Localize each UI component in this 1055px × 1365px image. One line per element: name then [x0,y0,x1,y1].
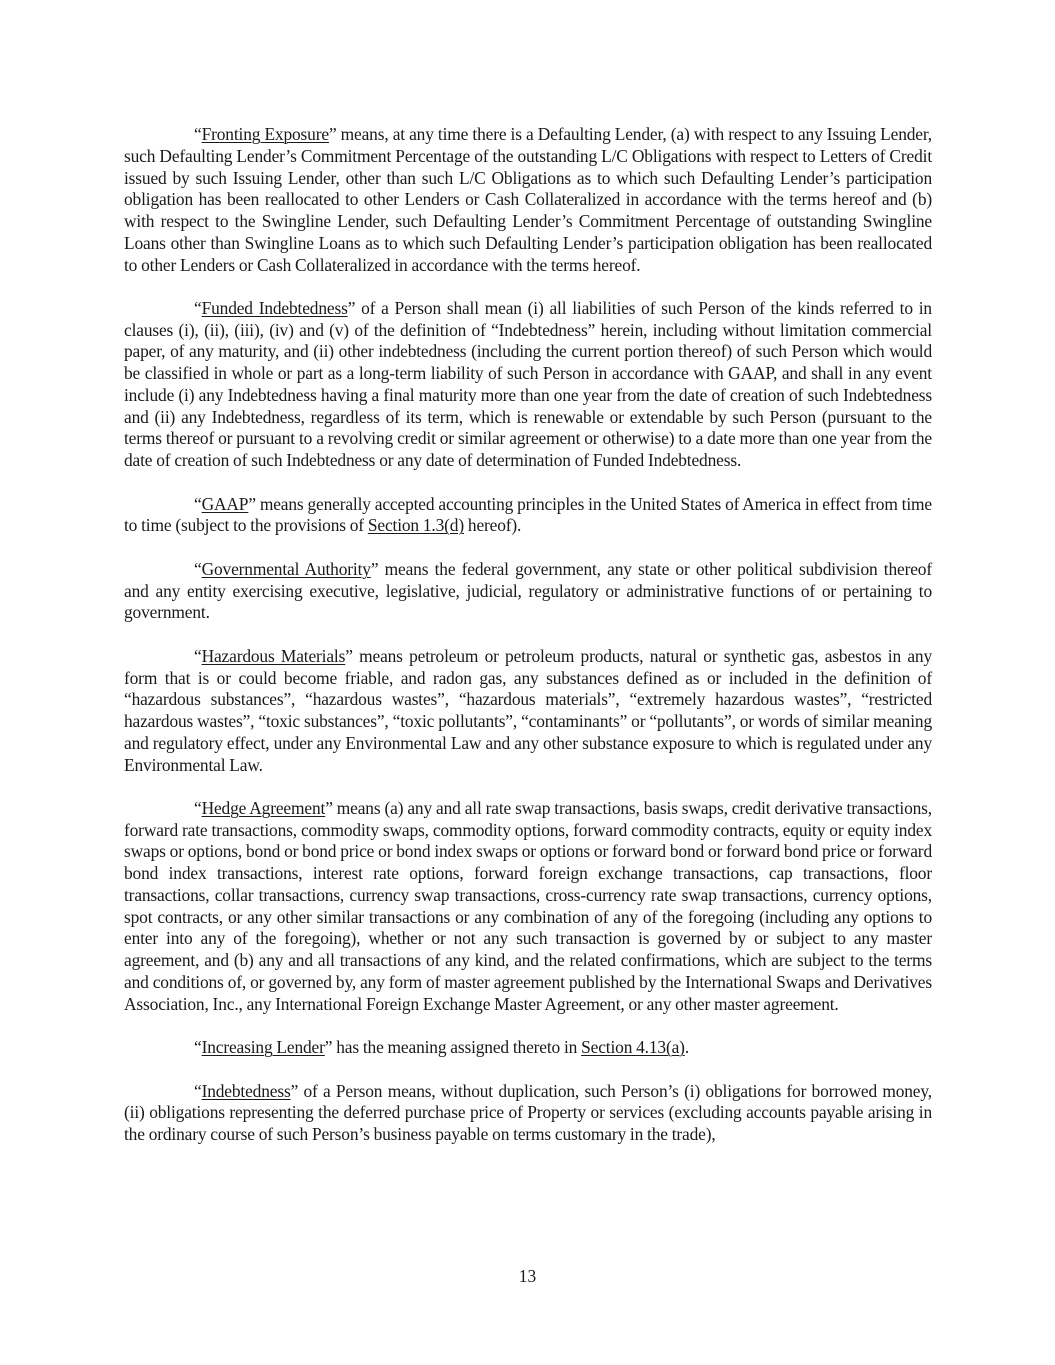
definition-governmental-authority: “Governmental Authority” means the feder… [124,559,932,624]
close-quote: ” [329,124,337,144]
section-reference: Section 4.13(a) [581,1037,685,1057]
definition-text: means, at any time there is a Defaulting… [124,124,932,275]
definition-text: of a Person shall mean (i) all liabiliti… [124,298,932,470]
defined-term: Fronting Exposure [202,124,329,144]
close-quote: ” [248,494,256,514]
defined-term: Governmental Authority [202,559,371,579]
definition-gaap: “GAAP” means generally accepted accounti… [124,494,932,538]
open-quote: “ [194,494,202,514]
definition-hazardous-materials: “Hazardous Materials” means petroleum or… [124,646,932,777]
definition-text: has the meaning assigned thereto in [332,1037,581,1057]
definition-increasing-lender: “Increasing Lender” has the meaning assi… [124,1037,932,1059]
open-quote: “ [194,298,202,318]
document-page: “Fronting Exposure” means, at any time t… [124,124,932,1168]
defined-term: Hedge Agreement [202,798,326,818]
close-quote: ” [325,798,333,818]
definition-fronting-exposure: “Fronting Exposure” means, at any time t… [124,124,932,276]
open-quote: “ [194,1037,202,1057]
definition-hedge-agreement: “Hedge Agreement” means (a) any and all … [124,798,932,1016]
definition-text-after: hereof). [464,515,521,535]
defined-term: GAAP [202,494,249,514]
open-quote: “ [194,1081,202,1101]
defined-term: Hazardous Materials [202,646,346,666]
page-number: 13 [0,1265,1055,1287]
open-quote: “ [194,559,202,579]
section-reference: Section 1.3(d) [368,515,464,535]
defined-term: Increasing Lender [202,1037,325,1057]
definition-funded-indebtedness: “Funded Indebtedness” of a Person shall … [124,298,932,472]
open-quote: “ [194,646,202,666]
open-quote: “ [194,124,202,144]
open-quote: “ [194,798,202,818]
definition-indebtedness: “Indebtedness” of a Person means, withou… [124,1081,932,1146]
defined-term: Funded Indebtedness [202,298,348,318]
defined-term: Indebtedness [202,1081,291,1101]
definition-text-after: . [685,1037,689,1057]
definition-text: means (a) any and all rate swap transact… [124,798,932,1014]
close-quote: ” [345,646,353,666]
